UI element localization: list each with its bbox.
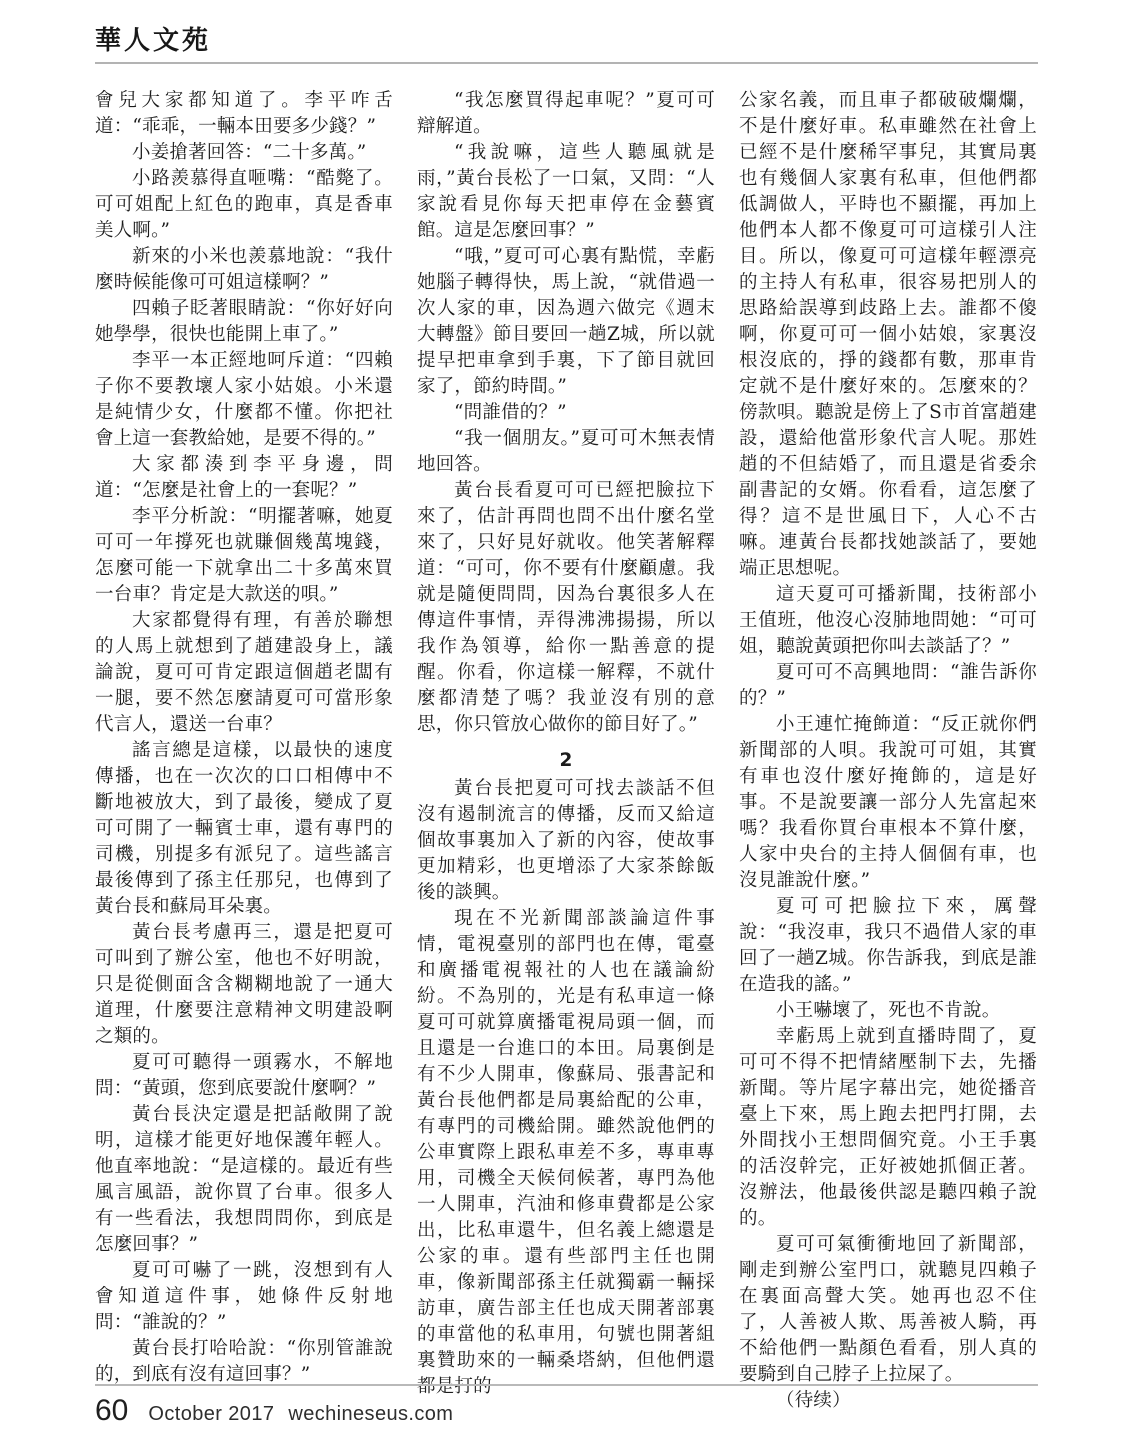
paragraph: 黃台長考慮再三，還是把夏可可叫到了辦公室，他也不好明說，只是從側面含含糊糊地說了…: [95, 920, 393, 1050]
section-number: 2: [417, 748, 715, 774]
paragraph: “哦，”夏可可心裏有點慌，幸虧她腦子轉得快，馬上說，“就借過一次人家的車，因為週…: [417, 244, 715, 400]
paragraph: “我怎麼買得起車呢？”夏可可辯解道。: [417, 88, 715, 140]
magazine-page: 華人文苑 會兒大家都知道了。李平咋舌道：“乖乖，一輛本田要多少錢？”小姜搶著回答…: [0, 0, 1121, 1451]
paragraph: 謠言總是這樣，以最快的速度傳播，也在一次次的口口相傳中不斷地被放大，到了最後，變…: [95, 738, 393, 920]
paragraph: 小姜搶著回答：“二十多萬。”: [95, 140, 393, 166]
paragraph: 小王連忙掩飾道：“反正就你們新聞部的人唄。我說可可姐，其實有車也沒什麼好掩飾的，…: [739, 712, 1037, 894]
paragraph: 四賴子眨著眼睛說：“你好好向她學學，很快也能開上車了。”: [95, 296, 393, 348]
text-column-1: 會兒大家都知道了。李平咋舌道：“乖乖，一輛本田要多少錢？”小姜搶著回答：“二十多…: [95, 88, 393, 1414]
paragraph: 黃台長看夏可可已經把臉拉下來了，估計再問也問不出什麼名堂來了，只好見好就收。他笑…: [417, 478, 715, 738]
website-url: wechineseus.com: [288, 1403, 453, 1426]
paragraph: 幸虧馬上就到直播時間了，夏可可不得不把情緒壓制下去，先播新聞。等片尾字幕出完，她…: [739, 1024, 1037, 1232]
section-title: 華人文苑: [95, 26, 1038, 56]
article-columns: 會兒大家都知道了。李平咋舌道：“乖乖，一輛本田要多少錢？”小姜搶著回答：“二十多…: [95, 88, 1038, 1414]
paragraph: “我說嘛，這些人聽風就是雨，”黃台長松了一口氣，又問：“人家說看見你每天把車停在…: [417, 140, 715, 244]
paragraph: 新來的小米也羨慕地說：“我什麼時候能像可可姐這樣啊？”: [95, 244, 393, 296]
text-column-3: 公家名義，而且車子都破破爛爛，不是什麼好車。私車雖然在社會上已經不是什麼稀罕事兒…: [739, 88, 1037, 1414]
page-footer: 60 October 2017 wechineseus.com: [95, 1384, 1038, 1428]
paragraph: 夏可可氣衝衝地回了新聞部，剛走到辦公室門口，就聽見四賴子在裏面高聲大笑。她再也忍…: [739, 1232, 1037, 1388]
paragraph: 大家都覺得有理，有善於聯想的人馬上就想到了趙建設身上，議論說，夏可可肯定跟這個趙…: [95, 608, 393, 738]
paragraph: “問誰借的？”: [417, 400, 715, 426]
header-rule: [95, 62, 1038, 64]
page-number: 60: [95, 1394, 128, 1428]
text-column-2: “我怎麼買得起車呢？”夏可可辯解道。“我說嘛，這些人聽風就是雨，”黃台長松了一口…: [417, 88, 715, 1414]
paragraph: 這天夏可可播新聞，技術部小王值班，他沒心沒肺地問她：“可可姐，聽說黃頭把你叫去談…: [739, 582, 1037, 660]
page-header: 華人文苑: [95, 26, 1038, 64]
paragraph: 公家名義，而且車子都破破爛爛，不是什麼好車。私車雖然在社會上已經不是什麼稀罕事兒…: [739, 88, 1037, 582]
paragraph: 夏可可嚇了一跳，沒想到有人會知道這件事，她條件反射地問：“誰說的？”: [95, 1258, 393, 1336]
paragraph: 小王嚇壞了，死也不肯說。: [739, 998, 1037, 1024]
paragraph: 會兒大家都知道了。李平咋舌道：“乖乖，一輛本田要多少錢？”: [95, 88, 393, 140]
paragraph: 夏可可不高興地問：“誰告訴你的？”: [739, 660, 1037, 712]
paragraph: 黃台長決定還是把話敞開了說明，這樣才能更好地保護年輕人。他直率地說：“是這樣的。…: [95, 1102, 393, 1258]
paragraph: 小路羨慕得直咂嘴：“酷斃了。可可姐配上紅色的跑車，真是香車美人啊。”: [95, 166, 393, 244]
paragraph: 黃台長把夏可可找去談話不但沒有遏制流言的傳播，反而又給這個故事裏加入了新的內容，…: [417, 776, 715, 906]
paragraph: 黃台長打哈哈說：“你別管誰說的，到底有沒有這回事？”: [95, 1336, 393, 1388]
paragraph: 李平一本正經地呵斥道：“四賴子你不要教壞人家小姑娘。小米還是純情少女，什麼都不懂…: [95, 348, 393, 452]
paragraph: 大家都湊到李平身邊，問道：“怎麼是社會上的一套呢？”: [95, 452, 393, 504]
paragraph: 現在不光新聞部談論這件事情，電視臺別的部門也在傳，電臺和廣播電視報社的人也在議論…: [417, 906, 715, 1400]
issue-date: October 2017: [148, 1403, 274, 1426]
paragraph: 李平分析說：“明擺著嘛，她夏可可一年撐死也就賺個幾萬塊錢，怎麼可能一下就拿出二十…: [95, 504, 393, 608]
paragraph: 夏可可聽得一頭霧水，不解地問：“黃頭，您到底要說什麼啊？”: [95, 1050, 393, 1102]
paragraph: “我一個朋友。”夏可可木無表情地回答。: [417, 426, 715, 478]
paragraph: 夏可可把臉拉下來，厲聲說：“我沒車，我只不過借人家的車回了一趟Z城。你告訴我，到…: [739, 894, 1037, 998]
